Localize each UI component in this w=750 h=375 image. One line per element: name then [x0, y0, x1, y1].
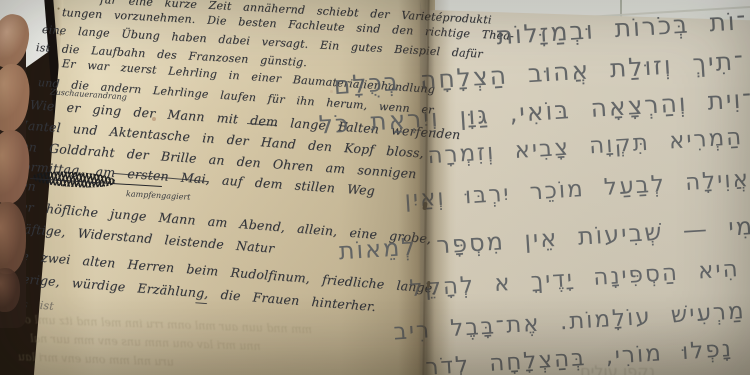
- finger: [0, 268, 20, 312]
- right-page-paper: [420, 0, 750, 375]
- bleed-through-text: נקפו עולים: [580, 362, 655, 375]
- finger: [0, 129, 32, 206]
- paper-stain: [152, 117, 156, 121]
- left-page-paper: [0, 0, 435, 375]
- photo-open-notebook: für eine kurze Zeit annähernd schiebt de…: [0, 0, 750, 375]
- paper-stain: [330, 90, 333, 93]
- finger: [0, 202, 26, 274]
